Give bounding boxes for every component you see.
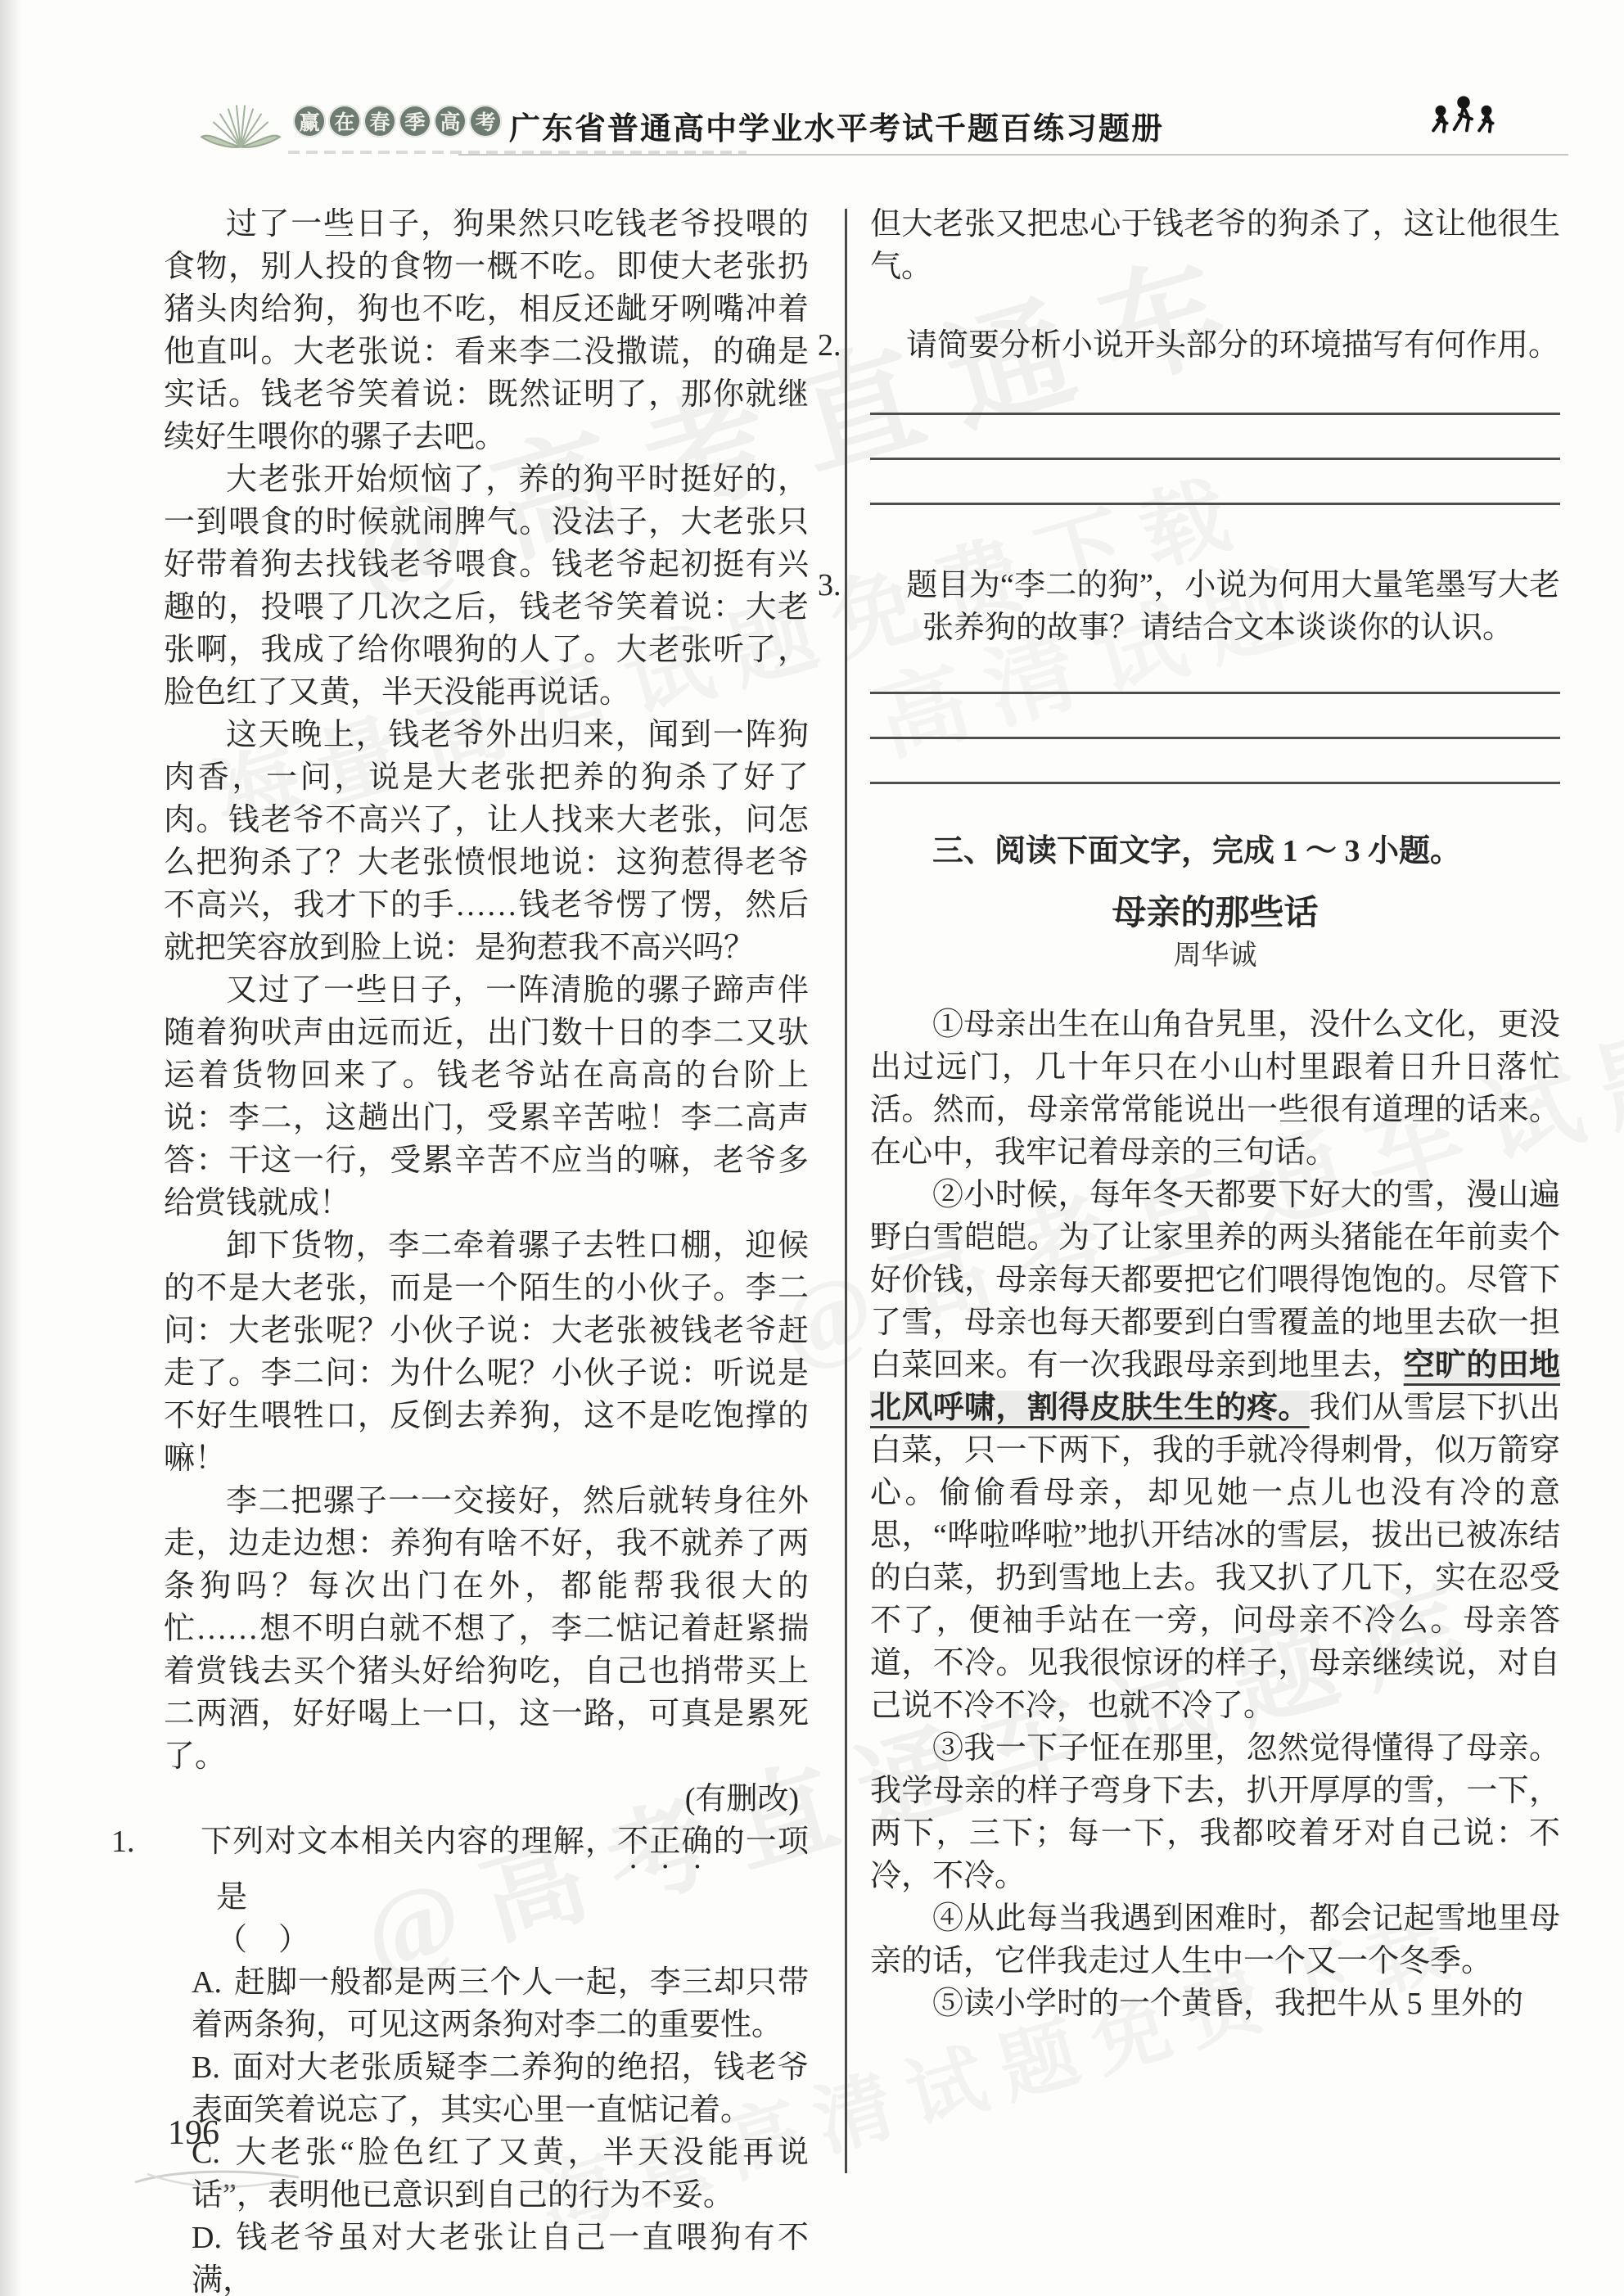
page-number: 196	[168, 2113, 219, 2153]
option-a: A.赶脚一般都是两三个人一起，李三却只带着两条狗，可见这两条狗对李二的重要性。	[164, 1961, 809, 2046]
question-1-number: 1.	[164, 1820, 200, 1863]
question-2-number: 2.	[870, 324, 906, 367]
answer-lines-q3	[870, 692, 1560, 784]
option-d-label: D.	[192, 2221, 222, 2255]
option-b-text: 面对大老张质疑李二养狗的绝招，钱老爷表面笑着说忘了，其实心里一直惦记着。	[192, 2050, 809, 2127]
brand-badge-char: 考	[469, 105, 502, 138]
option-a-label: A.	[192, 1965, 222, 2000]
header-rule	[458, 154, 1568, 156]
essay-title: 母亲的那些话	[870, 891, 1560, 936]
essay-paragraph-1: ①母亲出生在山角旮旯里，没什么文化，更没出过远门，几十年只在小山村里跟着日升日落…	[870, 1004, 1560, 1174]
essay-paragraph-2-post: 我们从雪层下扒出白菜，只一下两下，我的手就冷得刺骨，似万箭穿心。偷偷看母亲，却见…	[870, 1391, 1560, 1723]
essay-paragraph-3: ③我一下子怔在那里，忽然觉得懂得了母亲。我学母亲的样子弯身下去，扒开厚厚的雪，一…	[870, 1727, 1560, 1897]
answer-lines-q2	[870, 413, 1560, 505]
answer-line	[870, 692, 1560, 694]
brand-badge-char: 高	[434, 105, 467, 138]
open-book-logo-icon	[195, 97, 286, 156]
essay-paragraph-5: ⑤读小学时的一个黄昏，我把牛从 5 里外的	[870, 1982, 1560, 2025]
brand-badge-char: 季	[399, 105, 431, 138]
question-1-emphasis: 不正确	[617, 1825, 713, 1859]
question-2-text: 请简要分析小说开头部分的环境描写有何作用。	[906, 328, 1559, 363]
option-b: B.面对大老张质疑李二养狗的绝招，钱老爷表面笑着说忘了，其实心里一直惦记着。	[164, 2046, 809, 2131]
brand-badge-char: 在	[328, 105, 361, 138]
story-paragraph: 大老张开始烦恼了，养的狗平时挺好的，一到喂食的时候就闹脾气。没法子，大老张只好带…	[164, 458, 809, 714]
story-paragraph: 这天晚上，钱老爷外出归来，闻到一阵狗肉香，一问，说是大老张把养的狗杀了好了肉。钱…	[164, 714, 809, 969]
answer-line	[870, 782, 1560, 784]
page-header-title: 广东省普通高中学业水平考试千题百练习题册	[509, 103, 1164, 148]
option-b-label: B.	[192, 2050, 220, 2085]
runners-icon	[1429, 87, 1498, 156]
left-column: 过了一些日子，狗果然只吃钱老爷投喂的食物，别人投的食物一概不吃。即使大老张扔猪头…	[164, 203, 809, 2296]
answer-line	[870, 413, 1560, 415]
essay-paragraph-2: ②小时候，每年冬天都要下好大的雪，漫山遍野白雪皑皑。为了让家里养的两头猪能在年前…	[870, 1174, 1560, 1727]
question-3-number: 3.	[870, 564, 906, 607]
story-paragraph: 又过了一些日子，一阵清脆的骡子蹄声伴随着狗吠声由远而近，出门数十日的李二又驮运着…	[164, 969, 809, 1225]
footer-swoosh-decoration	[131, 2161, 303, 2197]
story-paragraph: 过了一些日子，狗果然只吃钱老爷投喂的食物，别人投的食物一概不吃。即使大老张扔猪头…	[164, 203, 809, 458]
question-2: 2.请简要分析小说开头部分的环境描写有何作用。	[870, 324, 1560, 367]
answer-line	[870, 503, 1560, 505]
answer-line	[870, 458, 1560, 460]
essay-author: 周华诚	[870, 936, 1560, 976]
option-a-text: 赶脚一般都是两三个人一起，李三却只带着两条狗，可见这两条狗对李二的重要性。	[192, 1965, 809, 2042]
question-3-text: 题目为“李二的狗”，小说为何用大量笔墨写大老张养狗的故事？请结合文本谈谈你的认识…	[906, 568, 1560, 645]
page-edge-shadow	[0, 0, 21, 2296]
right-column: 但大老张又把忠心于钱老爷的狗杀了，这让他很生气。 2.请简要分析小说开头部分的环…	[870, 203, 1560, 2025]
brand-badge-char: 春	[363, 105, 396, 138]
option-d: D.钱老爷虽对大老张让自己一直喂狗有不满，	[164, 2217, 809, 2296]
column-divider	[845, 209, 847, 2173]
answer-bracket: （ ）	[216, 1923, 309, 1957]
brand-badge-char: 赢	[293, 105, 326, 138]
section-heading: 三、阅读下面文字，完成 1 ～ 3 小题。	[870, 830, 1560, 873]
option-d-continuation: 但大老张又把忠心于钱老爷的狗杀了，这让他很生气。	[870, 203, 1560, 288]
question-1-stem: 下列对文本相关内容的理解，	[200, 1825, 617, 1859]
essay-paragraph-4: ④从此每当我遇到困难时，都会记起雪地里母亲的话，它伴我走过人生中一个又一个冬季。	[870, 1897, 1560, 1982]
option-d-text: 钱老爷虽对大老张让自己一直喂狗有不满，	[192, 2221, 809, 2296]
attribution-note: (有删改)	[164, 1778, 809, 1820]
story-paragraph: 卸下货物，李二牵着骡子去牲口棚，迎候的不是大老张，而是一个陌生的小伙子。李二问：…	[164, 1225, 809, 1480]
question-1: 1.下列对文本相关内容的理解，不正确的一项是 （ ）	[164, 1820, 809, 1961]
brand-badges: 赢 在 春 季 高 考	[293, 105, 502, 138]
story-paragraph: 李二把骡子一一交接好，然后就转身往外走，边走边想：养狗有啥不好，我不就养了两条狗…	[164, 1480, 809, 1778]
question-3: 3.题目为“李二的狗”，小说为何用大量笔墨写大老张养狗的故事？请结合文本谈谈你的…	[870, 564, 1560, 649]
answer-line	[870, 737, 1560, 739]
